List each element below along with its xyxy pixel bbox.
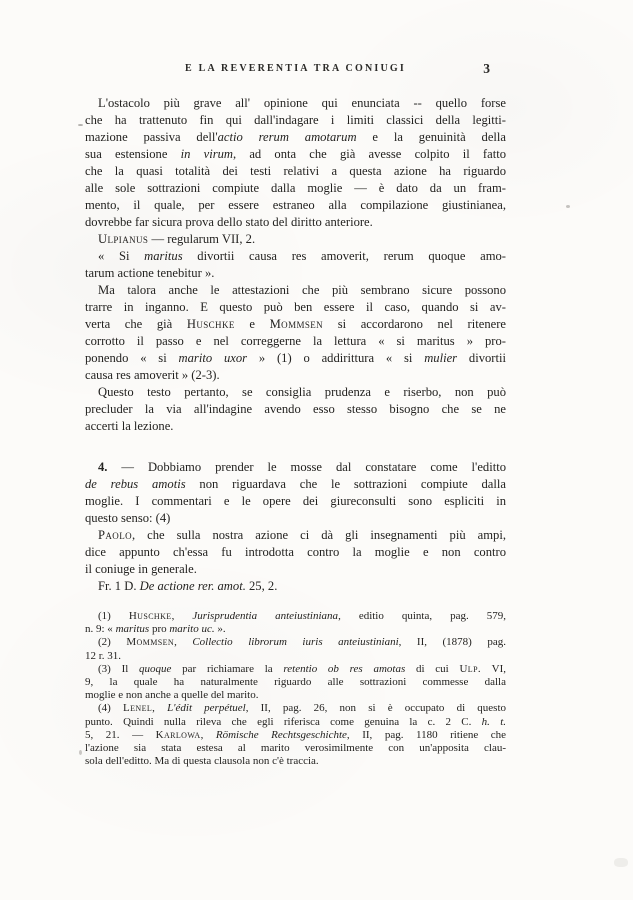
text-segment: « Si (98, 249, 144, 263)
text-segment: accerti la lezione. (85, 419, 173, 433)
text-segment: causa res amoverit » (2-3). (85, 368, 220, 382)
running-header: E LA REVERENTIA TRA CONIUGI 3 (85, 63, 506, 79)
book-page: E LA REVERENTIA TRA CONIUGI 3 L'ostacolo… (0, 0, 633, 900)
text-line: che la quasi totalità dei testi relativi… (85, 163, 506, 180)
text-line: (1) Huschke, Jurisprudentia anteiustinia… (85, 610, 506, 623)
text-segment: ponendo « si (85, 351, 179, 365)
text-segment: de rebus amotis (85, 477, 186, 491)
paragraph: (1) Huschke, Jurisprudentia anteiustinia… (85, 610, 506, 636)
text-segment: questo senso: (4) (85, 511, 170, 525)
text-line: (3) Il quoque par richiamare la retentio… (85, 663, 506, 676)
text-segment: , II, pag. 1180 ritiene che (347, 729, 506, 741)
text-line: n. 9: « maritus pro marito uc. ». (85, 623, 506, 636)
text-segment: Huschke (187, 317, 235, 331)
text-line: 9, la quale ha naturalmente riguardo all… (85, 676, 506, 689)
footnotes: (1) Huschke, Jurisprudentia anteiustinia… (85, 610, 506, 768)
text-line: verta che già Huschke e Mommsen si accor… (85, 316, 506, 333)
text-segment: dovrebbe far sicura prova dello stato de… (85, 215, 373, 229)
text-segment: (4) (98, 702, 123, 714)
text-segment: VI, (481, 663, 506, 675)
text-segment: Mommsen (126, 636, 174, 648)
text-segment: , (152, 702, 167, 714)
text-line: moglie e non anche a quelle del marito. (85, 689, 506, 702)
text-segment: , (201, 729, 216, 741)
text-line: accerti la lezione. (85, 418, 506, 435)
text-segment: alle sole sottrazioni compiute dalla mog… (85, 181, 506, 195)
text-segment: De actione rer. amot. (140, 579, 246, 593)
scan-artifact (566, 205, 570, 208)
text-segment: , (174, 636, 192, 648)
text-segment: marito uxor (179, 351, 248, 365)
text-segment: Römische Rechtsgeschichte (216, 729, 347, 741)
text-line: de rebus amotis non riguardava che le so… (85, 476, 506, 493)
text-line: Questo testo pertanto, se consiglia prud… (85, 384, 506, 401)
text-line: il coniuge in generale. (85, 561, 506, 578)
text-line: L'ostacolo più grave all' opinione qui e… (85, 95, 506, 112)
text-segment: corrotto il passo e nel correggerne la l… (85, 334, 506, 348)
paragraph: (4) Lenel, L'édit perpétuel, II, pag. 26… (85, 702, 506, 768)
text-segment: — Dobbiamo prender le mosse dal constata… (107, 460, 506, 474)
text-line: causa res amoverit » (2-3). (85, 367, 506, 384)
scan-artifact (79, 750, 82, 755)
text-segment: moglie e non anche a quelle del marito. (85, 689, 259, 701)
text-segment: h. t. (482, 716, 506, 728)
text-segment: divortii causa res amoverit, rerum quoqu… (183, 249, 506, 263)
text-segment: Karlowa (156, 729, 201, 741)
text-line: alle sole sottrazioni compiute dalla mog… (85, 180, 506, 197)
text-segment: (1) (98, 610, 129, 622)
text-line: ponendo « si marito uxor » (1) o addirit… (85, 350, 506, 367)
text-segment: marito uc. (169, 623, 214, 635)
paragraph: Questo testo pertanto, se consiglia prud… (85, 384, 506, 435)
page-number: 3 (483, 61, 490, 77)
paragraph: Paolo, che sulla nostra azione ci dà gli… (85, 527, 506, 578)
text-segment: mulier (424, 351, 457, 365)
text-line: sua estensione in virum, ad onta che già… (85, 146, 506, 163)
text-segment: ». (215, 623, 226, 635)
text-segment: che ha trattenuto fin qui dall'indagare … (85, 113, 506, 127)
text-segment: che la quasi totalità dei testi relativi… (85, 164, 506, 178)
text-line: punto. Quindi nulla rileva che egli rife… (85, 716, 506, 729)
text-segment: Ma talora anche le attestazioni che più … (98, 283, 506, 297)
text-segment: divortii (457, 351, 506, 365)
text-line: questo senso: (4) (85, 510, 506, 527)
text-line: 12 r. 31. (85, 650, 506, 663)
body-text: L'ostacolo più grave all' opinione qui e… (85, 95, 506, 595)
text-segment: quoque (139, 663, 171, 675)
text-line: (4) Lenel, L'édit perpétuel, II, pag. 26… (85, 702, 506, 715)
text-segment: verta che già (85, 317, 187, 331)
text-segment: sola dell'editto. Ma di questa clausola … (85, 755, 319, 767)
text-segment: moglie. I commentari e le opere dei giur… (85, 494, 506, 508)
text-segment: Huschke (129, 610, 172, 622)
running-title: E LA REVERENTIA TRA CONIUGI (85, 63, 506, 74)
text-line: mazione passiva dell'actio rerum amotaru… (85, 129, 506, 146)
text-segment: , ad onta che già avesse colpito il fatt… (233, 147, 506, 161)
text-line: moglie. I commentari e le opere dei giur… (85, 493, 506, 510)
paragraph: L'ostacolo più grave all' opinione qui e… (85, 95, 506, 231)
text-segment: tarum actione tenebitur ». (85, 266, 214, 280)
text-line: trarre in inganno. E questo può ben esse… (85, 299, 506, 316)
text-segment: punto. Quindi nulla rileva che egli rife… (85, 716, 482, 728)
text-line: 4. — Dobbiamo prender le mosse dal const… (85, 459, 506, 476)
text-segment: non riguardava che le sottrazioni compiu… (186, 477, 506, 491)
text-segment: Jurisprudentia anteiustiniana (192, 610, 338, 622)
text-segment: Collectio librorum iuris anteiustiniani (192, 636, 398, 648)
text-line: Paolo, che sulla nostra azione ci dà gli… (85, 527, 506, 544)
text-line: sola dell'editto. Ma di questa clausola … (85, 755, 506, 768)
text-segment: Questo testo pertanto, se consiglia prud… (98, 385, 506, 399)
text-segment: maritus (116, 623, 150, 635)
paragraph: Ma talora anche le attestazioni che più … (85, 282, 506, 384)
text-line: mento, il quale, per essere estraneo all… (85, 197, 506, 214)
text-segment: in virum (181, 147, 233, 161)
text-segment: n. 9: « (85, 623, 116, 635)
paragraph: (2) Mommsen, Collectio librorum iuris an… (85, 636, 506, 662)
text-segment: , II, (1878) pag. (399, 636, 506, 648)
text-segment: 5, 21. — (85, 729, 156, 741)
text-segment: Ulpianus (98, 232, 148, 246)
text-line: corrotto il passo e nel correggerne la l… (85, 333, 506, 350)
text-segment: Lenel (123, 702, 152, 714)
text-segment: e la genuinità della (357, 130, 506, 144)
text-segment: precluder la via all'indagine avendo ess… (85, 402, 506, 416)
text-segment: Mommsen (270, 317, 324, 331)
text-segment: il coniuge in generale. (85, 562, 197, 576)
text-segment: Paolo (98, 528, 132, 542)
text-line: Ulpianus — regularum VII, 2. (85, 231, 506, 248)
text-segment: , che sulla nostra azione ci dà gli inse… (132, 528, 506, 542)
text-segment: pro (149, 623, 169, 635)
text-segment: actio rerum amotarum (218, 130, 357, 144)
text-line: Fr. 1 D. De actione rer. amot. 25, 2. (85, 578, 506, 595)
text-segment: Ulp. (459, 663, 481, 675)
text-line: precluder la via all'indagine avendo ess… (85, 401, 506, 418)
scan-artifact (614, 858, 628, 867)
text-line: dovrebbe far sicura prova dello stato de… (85, 214, 506, 231)
text-segment: (3) Il (98, 663, 139, 675)
text-segment: » (1) o addirittura « si (247, 351, 424, 365)
paragraph: « Si maritus divortii causa res amoverit… (85, 248, 506, 282)
text-line: l'azione sia stata estesa al marito vero… (85, 742, 506, 755)
paragraph: Ulpianus — regularum VII, 2. (85, 231, 506, 248)
paragraph: Fr. 1 D. De actione rer. amot. 25, 2. (85, 578, 506, 595)
text-segment: mazione passiva dell' (85, 130, 218, 144)
text-segment: L'édit perpétuel (167, 702, 246, 714)
text-line: che ha trattenuto fin qui dall'indagare … (85, 112, 506, 129)
text-segment: , editio quinta, pag. 579, (338, 610, 506, 622)
text-segment: dice appunto ch'essa fu introdotta contr… (85, 545, 506, 559)
text-segment: 9, la quale ha naturalmente riguardo all… (85, 676, 506, 688)
text-segment: maritus (144, 249, 183, 263)
text-segment: , II, pag. 26, non si è occupato di ques… (246, 702, 506, 714)
text-segment: di cui (405, 663, 459, 675)
paragraph: (3) Il quoque par richiamare la retentio… (85, 663, 506, 703)
text-segment: Fr. 1 D. (98, 579, 140, 593)
scan-artifact (78, 124, 83, 126)
text-line: « Si maritus divortii causa res amoverit… (85, 248, 506, 265)
text-segment: 12 r. 31. (85, 650, 121, 662)
text-segment: e (235, 317, 270, 331)
text-line: (2) Mommsen, Collectio librorum iuris an… (85, 636, 506, 649)
text-line: dice appunto ch'essa fu introdotta contr… (85, 544, 506, 561)
text-segment: (2) (98, 636, 126, 648)
text-segment: si accordarono nel ritenere (323, 317, 506, 331)
paragraph: 4. — Dobbiamo prender le mosse dal const… (85, 459, 506, 527)
text-segment: l'azione sia stata estesa al marito vero… (85, 742, 506, 754)
text-segment: trarre in inganno. E questo può ben esse… (85, 300, 506, 314)
text-segment: L'ostacolo più grave all' opinione qui e… (98, 96, 506, 110)
text-segment: sua estensione (85, 147, 181, 161)
text-segment: , (172, 610, 193, 622)
text-segment: par richiamare la (171, 663, 283, 675)
text-line: Ma talora anche le attestazioni che più … (85, 282, 506, 299)
text-line: tarum actione tenebitur ». (85, 265, 506, 282)
text-segment: retentio ob res amotas (283, 663, 405, 675)
text-line: 5, 21. — Karlowa, Römische Rechtsgeschic… (85, 729, 506, 742)
text-segment: 25, 2. (246, 579, 277, 593)
text-segment: — regularum VII, 2. (148, 232, 255, 246)
text-segment: mento, il quale, per essere estraneo all… (85, 198, 506, 212)
